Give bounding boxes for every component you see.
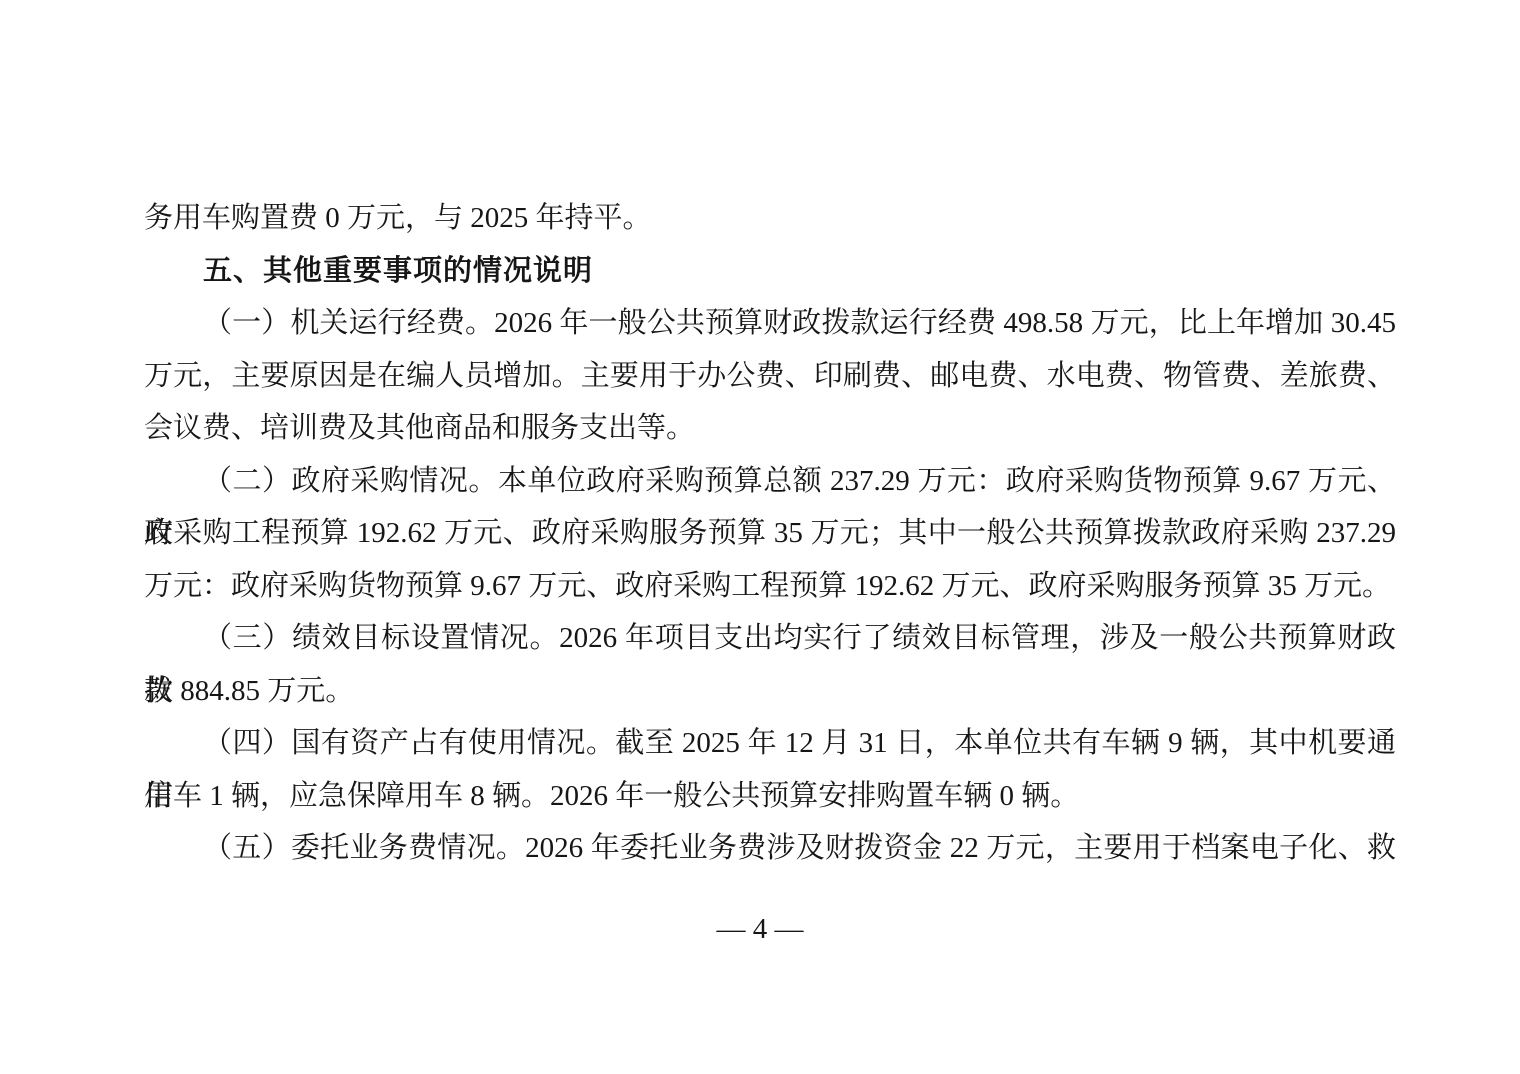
document-body: 务用车购置费 0 万元，与 2025 年持平。 五、其他重要事项的情况说明 （一… [144, 192, 1396, 875]
paragraph-3-line-2: 款 884.85 万元。 [144, 665, 1396, 718]
paragraph-2-line-2: 府采购工程预算 192.62 万元、政府采购服务预算 35 万元；其中一般公共预… [144, 507, 1396, 560]
paragraph-2-line-3: 万元：政府采购货物预算 9.67 万元、政府采购工程预算 192.62 万元、政… [144, 560, 1396, 613]
paragraph-5-line-1: （五）委托业务费情况。2026 年委托业务费涉及财拨资金 22 万元，主要用于档… [144, 822, 1396, 875]
continuation-line: 务用车购置费 0 万元，与 2025 年持平。 [144, 192, 1396, 245]
paragraph-4-line-2: 用车 1 辆，应急保障用车 8 辆。2026 年一般公共预算安排购置车辆 0 辆… [144, 770, 1396, 823]
paragraph-3-line-1: （三）绩效目标设置情况。2026 年项目支出均实行了绩效目标管理，涉及一般公共预… [144, 612, 1396, 665]
paragraph-1-line-3: 会议费、培训费及其他商品和服务支出等。 [144, 402, 1396, 455]
paragraph-1-line-1: （一）机关运行经费。2026 年一般公共预算财政拨款运行经费 498.58 万元… [144, 297, 1396, 350]
page-number-footer: — 4 — [0, 903, 1520, 955]
section-heading: 五、其他重要事项的情况说明 [144, 245, 1396, 298]
paragraph-1-line-2: 万元，主要原因是在编人员增加。主要用于办公费、印刷费、邮电费、水电费、物管费、差… [144, 350, 1396, 403]
paragraph-2-line-1: （二）政府采购情况。本单位政府采购预算总额 237.29 万元：政府采购货物预算… [144, 455, 1396, 508]
paragraph-4-line-1: （四）国有资产占有使用情况。截至 2025 年 12 月 31 日，本单位共有车… [144, 717, 1396, 770]
document-page: 务用车购置费 0 万元，与 2025 年持平。 五、其他重要事项的情况说明 （一… [0, 0, 1520, 1074]
